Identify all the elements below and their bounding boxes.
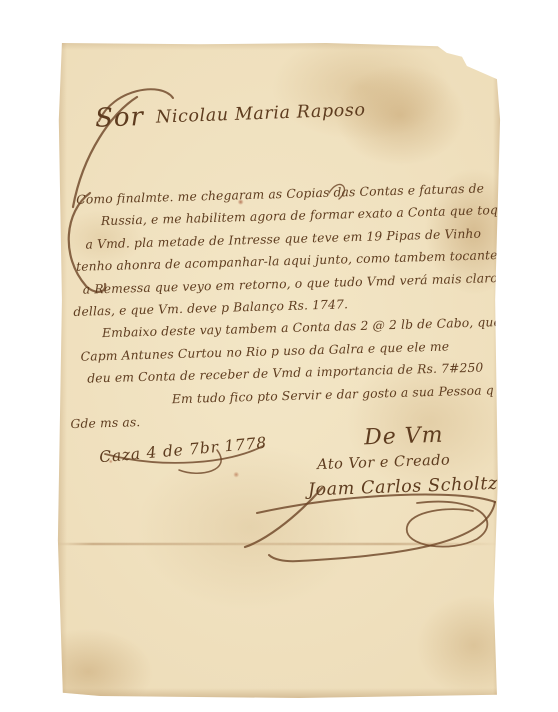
salutation-prefix: Sor — [95, 102, 145, 134]
signature-left-tail — [269, 502, 495, 561]
letter-paper: SorNicolau Maria Raposo Como finalmte. m… — [57, 41, 505, 698]
salutation: SorNicolau Maria Raposo — [95, 94, 366, 133]
signature-oval — [407, 502, 488, 547]
fold-crease — [57, 543, 501, 545]
valediction-line-2: Ato Vor e Creado — [317, 451, 505, 474]
letter-body: Como finalmte. me chegaram as Copias das… — [70, 178, 479, 436]
signature: Joam Carlos Scholtz — [308, 474, 507, 501]
scan-background: SorNicolau Maria Raposo Como finalmte. m… — [0, 0, 558, 712]
addressee-name: Nicolau Maria Raposo — [156, 100, 366, 127]
dateline: Caza 4 de 7br 1778 — [99, 434, 268, 467]
valediction-line-1: De Vm — [364, 421, 505, 451]
valediction: De Vm Ato Vor e Creado Joam Carlos Schol… — [304, 421, 506, 501]
